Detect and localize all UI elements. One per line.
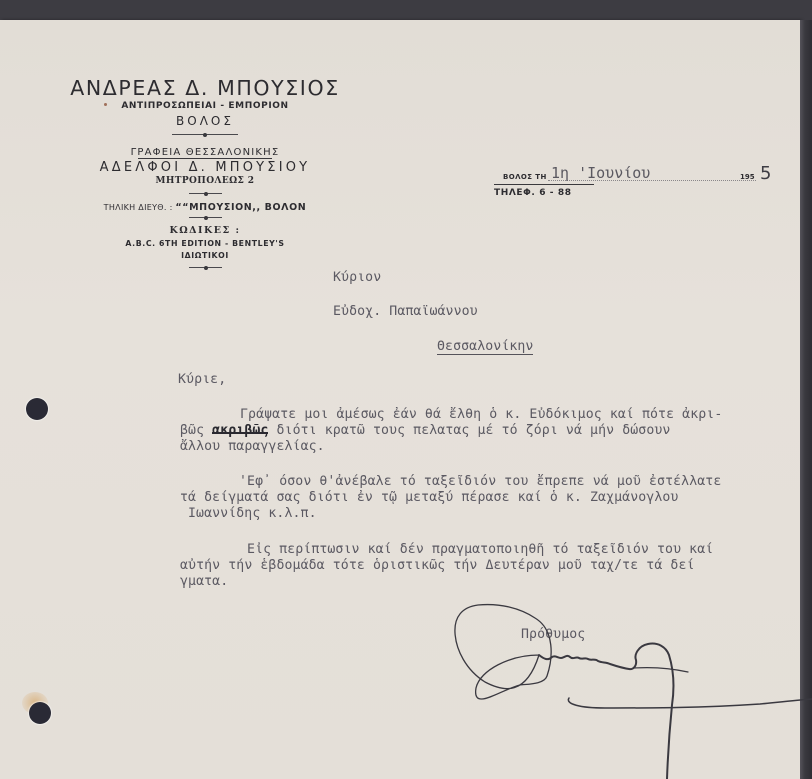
paragraph-3-line-2: αὐτήν τήν ἑβδομάδα τότε ὁριστικῶς τήν Δε… bbox=[180, 558, 695, 573]
ornament-divider bbox=[189, 267, 222, 268]
line-start: βῶς bbox=[180, 423, 204, 438]
paragraph-1-line-2: βῶς ακριβῶς διότι κρατῶ τους πελατας μέ … bbox=[180, 423, 670, 438]
year-prefix: 195 bbox=[740, 173, 755, 181]
codes-value: A.B.C. 6TH EDITION - BENTLEY'S bbox=[58, 239, 352, 248]
office-label: ΓΡΑΦΕΙΑ ΘΕΣΣΑΛΟΝΙΚΗΣ bbox=[58, 147, 352, 158]
struck-word: ακριβῶς bbox=[212, 423, 268, 438]
paragraph-3-line-3: γματα. bbox=[180, 574, 228, 589]
year-digit: 5 bbox=[760, 163, 771, 184]
branch-name: ΑΔΕΛΦΟΙ Δ. ΜΠΟΥΣΙΟΥ bbox=[58, 160, 352, 175]
ornament-divider bbox=[189, 193, 222, 194]
place-label: ΒΟΛΟΣ ΤΗ bbox=[503, 173, 547, 181]
divider-rule bbox=[138, 158, 272, 159]
paragraph-2-line-1: 'Εφ᾿ όσον θ'ἀνέβαλε τό ταξεῖδιόν του ἔπρ… bbox=[239, 474, 721, 489]
recipient-name: Εὐδοχ. Παπαϊωάννου bbox=[333, 304, 478, 319]
paragraph-2-line-2: τά δείγματά σας διότι ἐν τῷ μεταξύ πέρασ… bbox=[180, 490, 678, 505]
phone-number: ΤΗΛΕΦ. 6 - 88 bbox=[494, 188, 572, 198]
dateline-rule bbox=[494, 184, 594, 185]
telegraph-address: ΤΗΛΙΚΗ ΔΙΕΥΘ. : ““ΜΠΟΥΣΙΟΝ,, ΒΟΛΟΝ bbox=[58, 202, 352, 213]
ornament-divider bbox=[189, 217, 222, 218]
recipient-title: Κύριον bbox=[333, 270, 381, 285]
ornament-divider bbox=[172, 134, 238, 135]
business-type: ΑΝΤΙΠΡΟΣΩΠΕΙΑΙ - ΕΜΠΟΡΙΟΝ bbox=[58, 101, 352, 111]
company-name: ΑΝΔΡΕΑΣ Δ. ΜΠΟΥΣΙΟΣ bbox=[58, 76, 352, 100]
date-value: 1η 'Ιουνίου bbox=[551, 164, 650, 182]
codes-private: ΙΔΙΩΤΙΚΟΙ bbox=[58, 251, 352, 260]
letterhead-city: ΒΟΛΟΣ bbox=[58, 114, 352, 128]
paragraph-1-line-1: Γράψατε μοι ἀμέσως ἐάν θά ἔλθη ὁ κ. Εὐδό… bbox=[240, 407, 722, 422]
punch-hole bbox=[29, 702, 51, 724]
telegraph-label: ΤΗΛΙΚΗ ΔΙΕΥΘ. : bbox=[104, 203, 173, 212]
signature bbox=[440, 600, 812, 779]
paragraph-1-line-3: ἄλλου παραγγελίας. bbox=[180, 439, 325, 454]
line-end: διότι κρατῶ τους πελατας μέ τό ζόρι νά μ… bbox=[277, 423, 671, 438]
paragraph-2-line-3: Ιωαννίδης κ.λ.π. bbox=[188, 506, 317, 521]
greeting: Κύριε, bbox=[178, 372, 226, 387]
ink-speck bbox=[104, 103, 107, 106]
street-address: ΜΗΤΡΟΠΟΛΕΩΣ 2 bbox=[58, 176, 352, 186]
codes-label: ΚΩΔΙΚΕΣ : bbox=[58, 225, 352, 236]
recipient-city: Θεσσαλονίκην bbox=[437, 339, 533, 355]
punch-hole bbox=[26, 398, 48, 420]
telegraph-value: ““ΜΠΟΥΣΙΟΝ,, ΒΟΛΟΝ bbox=[175, 202, 306, 213]
paragraph-3-line-1: Εἰς περίπτωσιν καί δέν πραγματοποιηθῆ τό… bbox=[247, 542, 713, 557]
